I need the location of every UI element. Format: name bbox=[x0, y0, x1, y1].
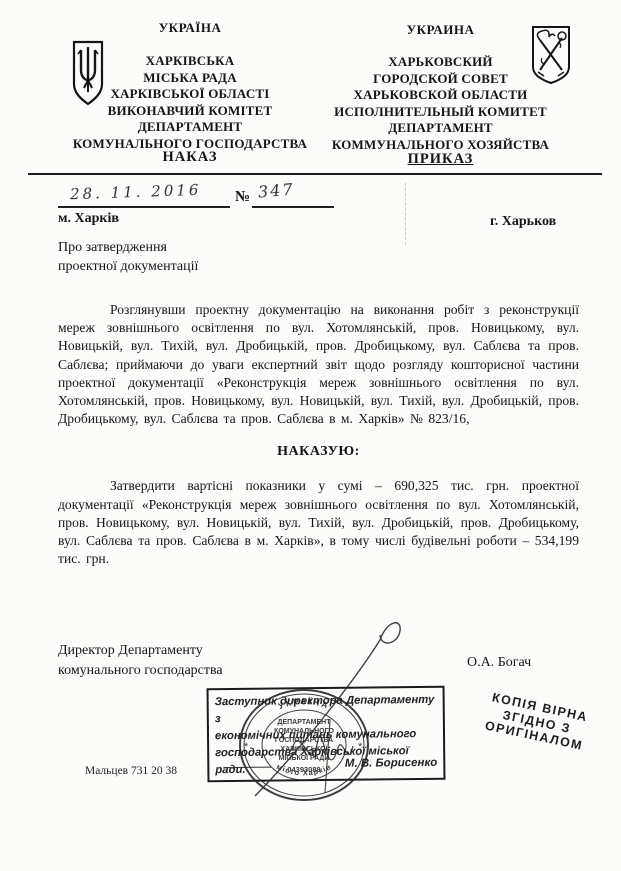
scanned-order-document: УКРАЇНА ХАРКІВСЬКА МІСЬКА РАДА ХАРКІВСЬК… bbox=[0, 0, 621, 871]
org-name-ru: ХАРЬКОВСКИЙ ГОРОДСКОЙ СОВЕТ ХАРЬКОВСКОЙ … bbox=[318, 54, 563, 153]
city-kharkiv-uk: м. Харків bbox=[58, 211, 119, 227]
subject-block: Про затвердження проектної документації bbox=[58, 238, 198, 276]
signer-title: Директор Департаменту комунального госпо… bbox=[58, 641, 223, 681]
country-name-uk: УКРАЇНА bbox=[40, 20, 340, 36]
signature-stroke-icon bbox=[230, 598, 410, 808]
header-russian: УКРАИНА ХАРЬКОВСКИЙ ГОРОДСКОЙ СОВЕТ ХАРЬ… bbox=[318, 22, 563, 153]
doc-type-prikaz: ПРИКАЗ bbox=[318, 151, 563, 168]
header-ukrainian: УКРАЇНА ХАРКІВСЬКА МІСЬКА РАДА ХАРКІВСЬК… bbox=[40, 20, 340, 152]
subject-line2: проектної документації bbox=[58, 257, 198, 276]
executor-contact: Мальцев 731 20 38 bbox=[85, 765, 177, 777]
body-paragraph-1: Розглянувши проектну документацію на вик… bbox=[58, 301, 579, 428]
copy-certified-stamp: КОПІЯ ВІРНА ЗГІДНО З ОРИГІНАЛОМ bbox=[469, 687, 605, 757]
document-body: Розглянувши проектну документацію на вик… bbox=[58, 301, 579, 568]
date-underline bbox=[58, 206, 230, 208]
handwritten-date: 28. 11. 2016 bbox=[70, 181, 202, 204]
number-label: № bbox=[235, 189, 250, 206]
number-underline bbox=[252, 206, 334, 208]
scan-fold-mark bbox=[405, 183, 406, 245]
org-name-uk: ХАРКІВСЬКА МІСЬКА РАДА ХАРКІВСЬКОЇ ОБЛАС… bbox=[40, 53, 340, 152]
doc-type-nakaz: НАКАЗ bbox=[40, 149, 340, 166]
header-rule bbox=[28, 173, 602, 175]
signer-name: О.А. Богач bbox=[467, 655, 531, 671]
subject-line1: Про затвердження bbox=[58, 238, 198, 257]
country-name-ru: УКРАИНА bbox=[318, 22, 563, 38]
handwritten-number: 347 bbox=[257, 179, 295, 201]
body-paragraph-2: Затвердити вартісні показники у сумі – 6… bbox=[58, 477, 579, 568]
order-word: НАКАЗУЮ: bbox=[58, 444, 579, 460]
city-kharkov-ru: г. Харьков bbox=[490, 214, 556, 230]
